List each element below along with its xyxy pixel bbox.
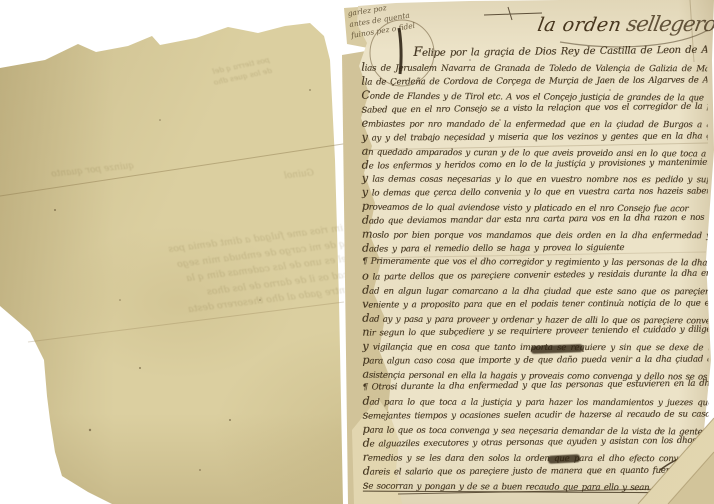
manuscript-line: y ay y del trabajo neçesidad y miseria q… — [361, 128, 707, 144]
manuscript-scan: pos tierra q delde los ques dho quinze p… — [0, 0, 714, 504]
manuscript-line: semejantes tiempos y ocasiones suelen ac… — [362, 407, 708, 423]
manuscript-line: lla de Çerdeña de Cordova de Corçega de … — [361, 72, 707, 88]
manuscript-line: nir segun lo que subçediere y se requiri… — [362, 321, 708, 339]
manuscript-line: y lo demas que çerca dello convenia y lo… — [362, 184, 708, 200]
docket-word: la orden — [536, 14, 623, 36]
ink-blot — [548, 454, 580, 464]
manuscript-line: dado que deviamos mandar dar esta nra ca… — [362, 210, 708, 228]
docket-script: la orden sellegero — [536, 12, 714, 36]
manuscript-line: dades y para el remedio dello se haga y … — [362, 240, 708, 256]
docket-flourish-word: sellegero — [625, 12, 714, 36]
manuscript-text-block: Felipe por la graçia de Dios Rey de Cast… — [361, 45, 709, 492]
manuscript-line: dareis el salario que os pareçiere justo… — [363, 463, 709, 479]
manuscript-line: sabed que en el nro Consejo se a visto l… — [361, 98, 707, 116]
manuscript-line: Felipe por la graçia de Dios Rey de Cast… — [361, 43, 707, 61]
manuscript-line: o la parte dellos que os pareçiere conve… — [362, 266, 708, 284]
manuscript-line: veniente y a proposito para que en el po… — [362, 295, 708, 311]
manuscript-line: de alguaziles executores y otras persona… — [363, 433, 709, 451]
